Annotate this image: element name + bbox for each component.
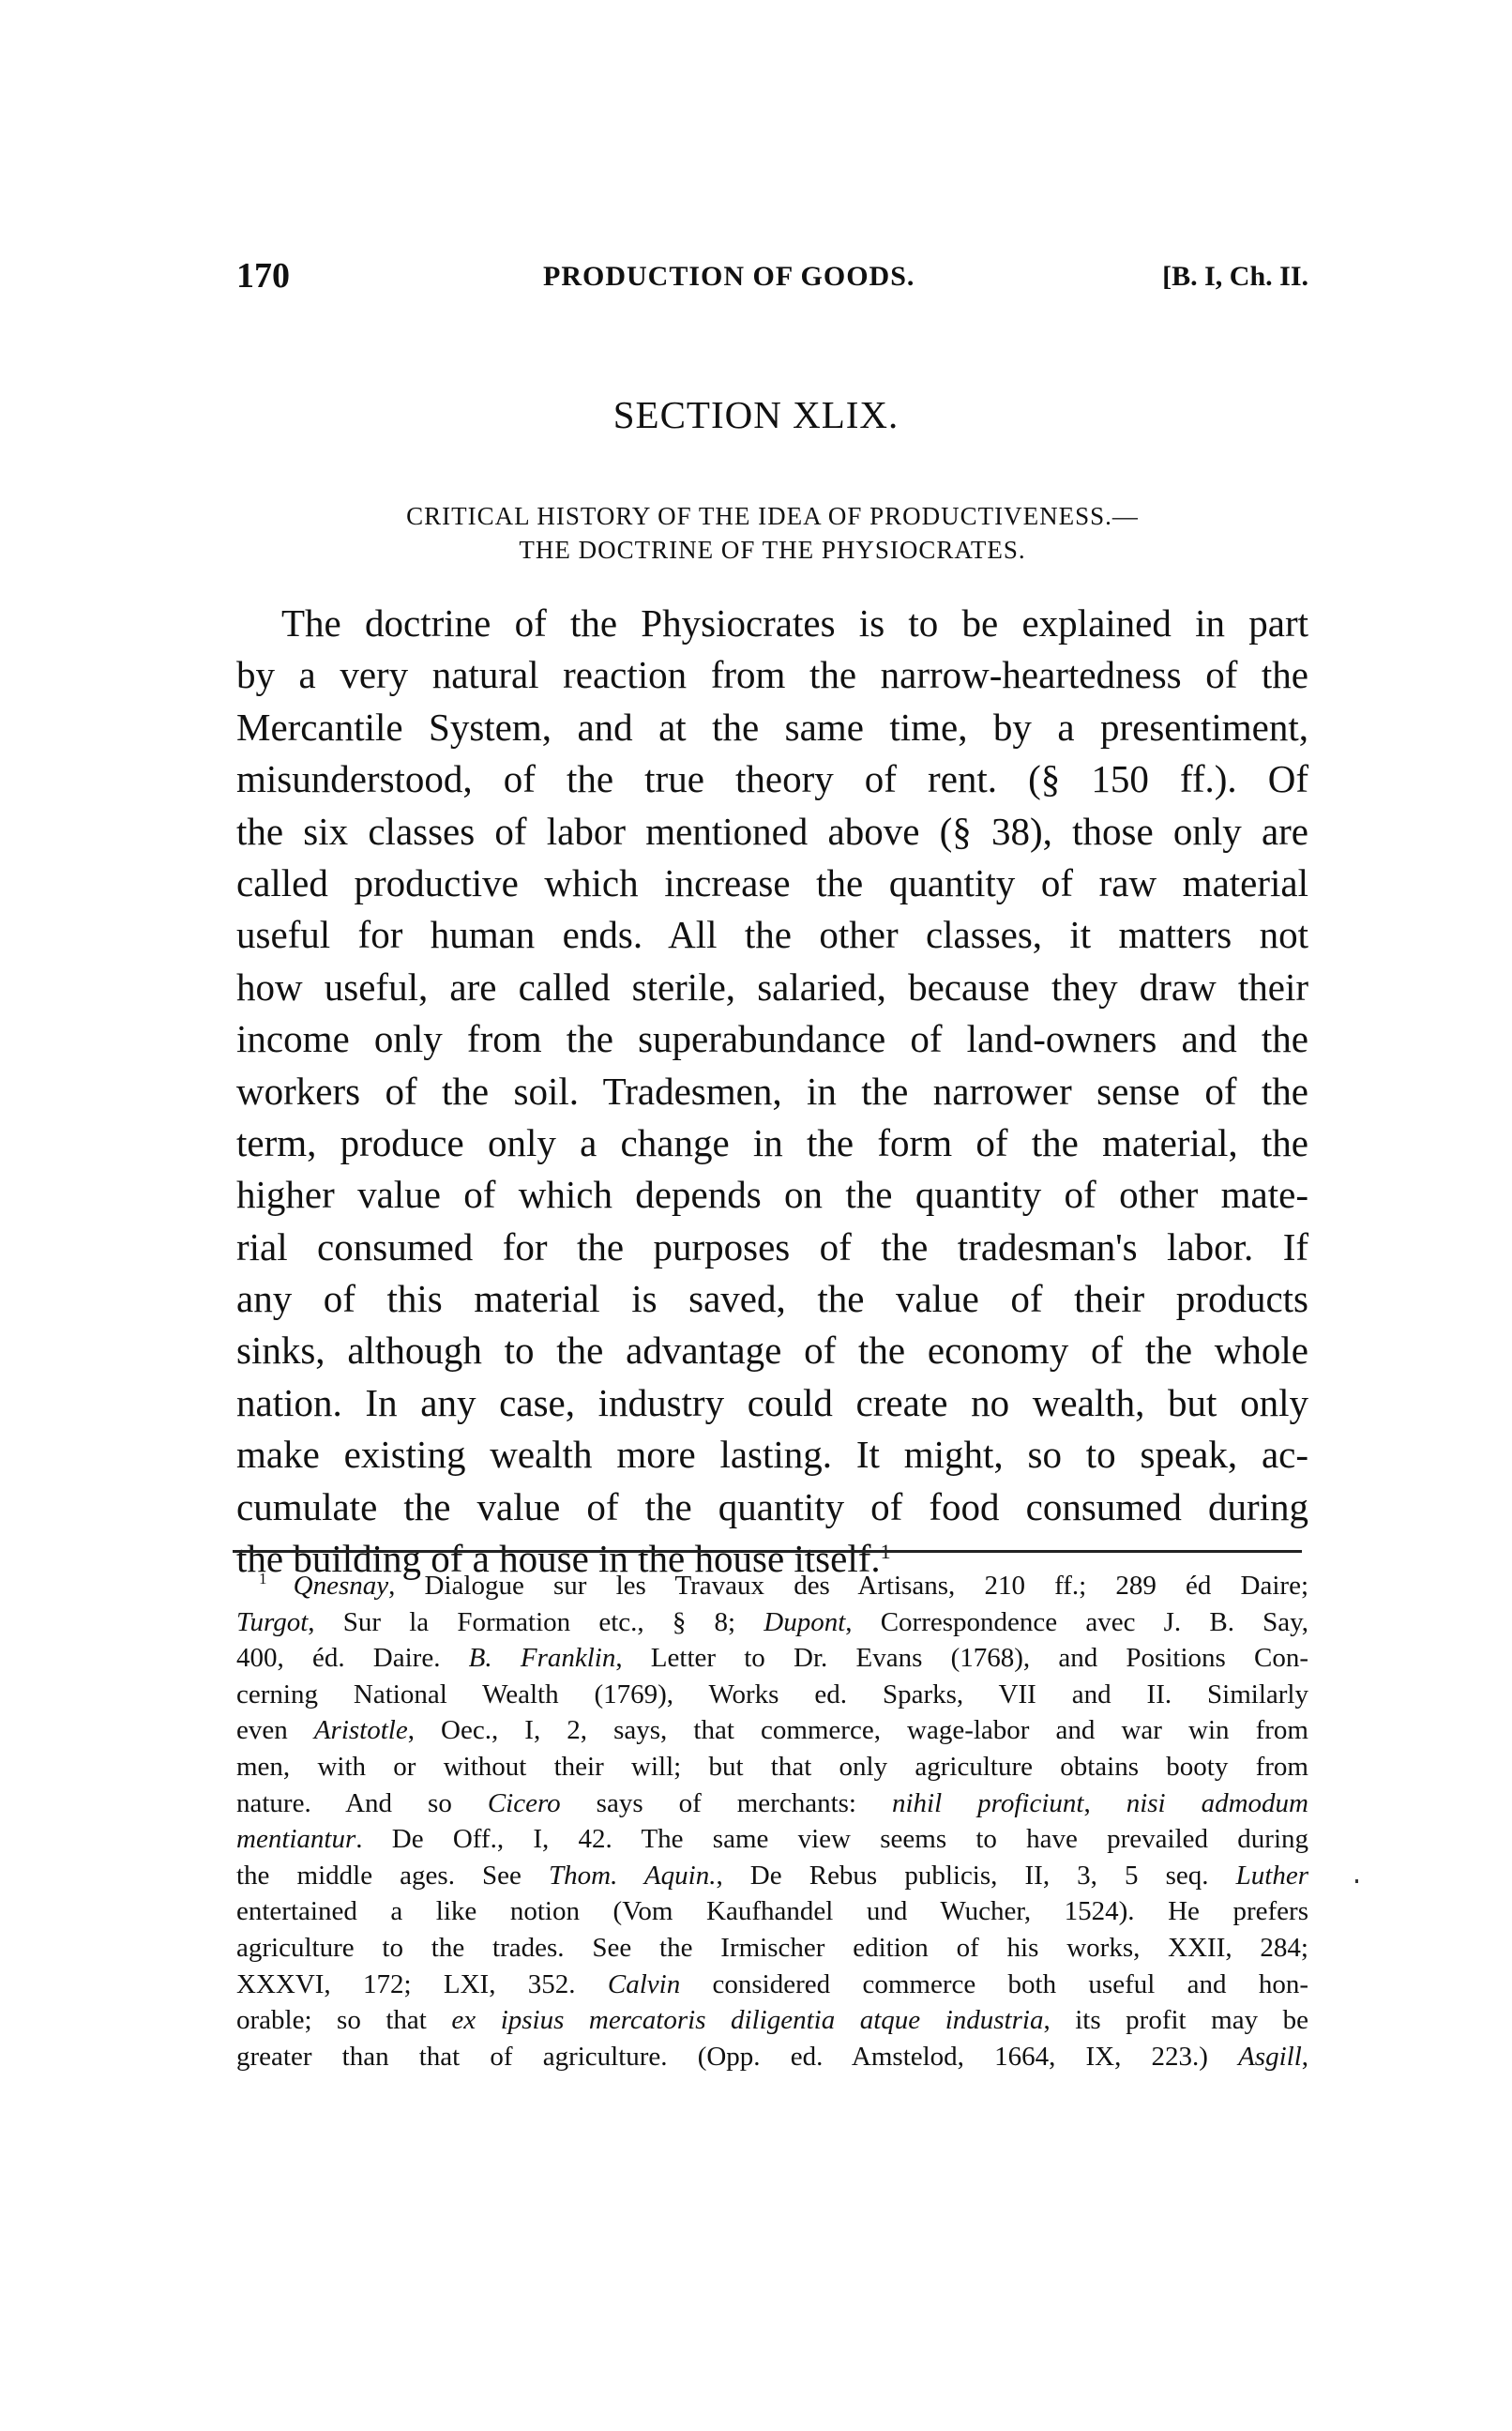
footnote-marker: 1 <box>259 1570 294 1588</box>
body-line-text: called productive which increase the qua… <box>236 858 1308 909</box>
footnote-line: agriculture to the trades. See the Irmis… <box>236 1930 1308 1967</box>
footnote-text: , <box>1083 1788 1126 1818</box>
body-line: higher value of which depends on the qua… <box>236 1169 1308 1221</box>
scan-speck <box>1355 1879 1358 1883</box>
footnote-line: XXXVI, 172; LXI, 352. Calvin considered … <box>236 1967 1308 2003</box>
italic-citation: Cicero <box>488 1788 561 1818</box>
footnote-line-text: 400, éd. Daire. B. Franklin, Letter to D… <box>236 1640 1308 1677</box>
footnote-text: entertained a like notion (Vom Kaufhande… <box>236 1896 1308 1926</box>
footnote-line-text: greater than that of agriculture. (Opp. … <box>236 2039 1308 2075</box>
body-line: any of this material is saved, the value… <box>236 1273 1308 1325</box>
footnote-line: mentiantur. De Off., I, 42. The same vie… <box>236 1821 1308 1858</box>
footnote-line: even Aristotle, Oec., I, 2, says, that c… <box>236 1712 1308 1749</box>
footnote-text: , Letter to Dr. Evans (1768), and Positi… <box>615 1643 1308 1673</box>
footnote-line-text: men, with or without their will; but tha… <box>236 1749 1308 1785</box>
body-line: make existing wealth more lasting. It mi… <box>236 1429 1308 1481</box>
footnote-line: 1 Qnesnay, Dialogue sur les Travaux des … <box>236 1568 1308 1604</box>
body-line: the six classes of labor mentioned above… <box>236 806 1308 858</box>
body-line: how useful, are called sterile, salaried… <box>236 962 1308 1013</box>
footnote-line-text: 1 Qnesnay, Dialogue sur les Travaux des … <box>259 1568 1308 1604</box>
body-line-text: make existing wealth more lasting. It mi… <box>236 1429 1308 1481</box>
footnote-divider <box>233 1550 1302 1553</box>
body-line: workers of the soil. Tradesmen, in the n… <box>236 1066 1308 1117</box>
footnote-text: says of merchants: <box>561 1788 892 1818</box>
subtitle-line: THE DOCTRINE OF THE PHYSIOCRATES. <box>236 533 1308 567</box>
footnote-line: cerning National Wealth (1769), Works ed… <box>236 1677 1308 1713</box>
footnote-text: nature. And so <box>236 1788 488 1818</box>
footnote-text: orable; so that <box>236 2005 451 2035</box>
body-line: sinks, although to the advantage of the … <box>236 1325 1308 1376</box>
footnote-text: , Sur la Formation etc., § 8; <box>308 1607 764 1637</box>
footnote-line: entertained a like notion (Vom Kaufhande… <box>236 1893 1308 1930</box>
body-line-text: The doctrine of the Physiocrates is to b… <box>281 598 1308 649</box>
italic-citation: Aristotle <box>314 1715 408 1745</box>
body-line-text: cumulate the value of the quantity of fo… <box>236 1481 1308 1533</box>
body-line-text: Mercantile System, and at the same time,… <box>236 702 1308 753</box>
footnote: 1 Qnesnay, Dialogue sur les Travaux des … <box>236 1568 1308 2074</box>
subtitle-line: CRITICAL HISTORY OF THE IDEA OF PRODUCTI… <box>236 499 1308 533</box>
chapter-reference: [B. I, Ch. II. <box>1162 261 1308 293</box>
footnote-line: Turgot, Sur la Formation etc., § 8; Dupo… <box>236 1604 1308 1641</box>
italic-citation: Turgot <box>236 1607 308 1637</box>
body-line: cumulate the value of the quantity of fo… <box>236 1481 1308 1533</box>
footnote-text: cerning National Wealth (1769), Works ed… <box>236 1679 1308 1709</box>
body-line-text: higher value of which depends on the qua… <box>236 1169 1308 1221</box>
body-line-text: the six classes of labor mentioned above… <box>236 806 1308 858</box>
footnote-text: greater than that of agriculture. (Opp. … <box>236 2042 1238 2072</box>
body-line: by a very natural reaction from the narr… <box>236 649 1308 701</box>
body-line: income only from the superabundance of l… <box>236 1013 1308 1065</box>
book-page: 170 PRODUCTION OF GOODS. [B. I, Ch. II. … <box>0 0 1512 2431</box>
body-line: useful for human ends. All the other cla… <box>236 909 1308 961</box>
body-line-text: nation. In any case, industry could crea… <box>236 1377 1308 1429</box>
footnote-line-text: mentiantur. De Off., I, 42. The same vie… <box>236 1821 1308 1858</box>
footnote-text: , its profit may be <box>1043 2005 1308 2035</box>
body-line-text: rial consumed for the purposes of the tr… <box>236 1222 1308 1273</box>
body-line-text: any of this material is saved, the value… <box>236 1273 1308 1325</box>
italic-citation: Dupont <box>764 1607 845 1637</box>
footnote-line: the middle ages. See Thom. Aquin., De Re… <box>236 1858 1308 1894</box>
body-line: term, produce only a change in the form … <box>236 1117 1308 1169</box>
body-line-text: by a very natural reaction from the narr… <box>236 649 1308 701</box>
section-subtitle: CRITICAL HISTORY OF THE IDEA OF PRODUCTI… <box>236 499 1308 567</box>
footnote-text: , Dialogue sur les Travaux des Artisans,… <box>388 1571 1308 1601</box>
body-line-text: income only from the superabundance of l… <box>236 1013 1308 1065</box>
body-line-text: workers of the soil. Tradesmen, in the n… <box>236 1066 1308 1117</box>
footnote-text: men, with or without their will; but tha… <box>236 1752 1308 1782</box>
footnote-text: 400, éd. Daire. <box>236 1643 469 1673</box>
footnote-line: greater than that of agriculture. (Opp. … <box>236 2039 1308 2075</box>
body-line-text: how useful, are called sterile, salaried… <box>236 962 1308 1013</box>
footnote-line-text: orable; so that ex ipsius mercatoris dil… <box>236 2002 1308 2039</box>
italic-citation: nisi admodum <box>1126 1788 1308 1818</box>
footnote-text: , Oec., I, 2, says, that commerce, wage-… <box>408 1715 1308 1745</box>
italic-citation: Luther <box>1236 1861 1308 1891</box>
running-head: 170 PRODUCTION OF GOODS. [B. I, Ch. II. <box>236 257 1308 295</box>
footnote-text: agriculture to the trades. See the Irmis… <box>236 1933 1308 1963</box>
footnote-line-text: even Aristotle, Oec., I, 2, says, that c… <box>236 1712 1308 1749</box>
footnote-line-text: agriculture to the trades. See the Irmis… <box>236 1930 1308 1967</box>
body-line-text: misunderstood, of the true theory of ren… <box>236 753 1308 805</box>
body-line: The doctrine of the Physiocrates is to b… <box>236 598 1308 649</box>
italic-citation: Qnesnay <box>294 1571 388 1601</box>
footnote-line-text: nature. And so Cicero says of merchants:… <box>236 1785 1308 1822</box>
body-line: called productive which increase the qua… <box>236 858 1308 909</box>
footnote-line: 400, éd. Daire. B. Franklin, Letter to D… <box>236 1640 1308 1677</box>
italic-citation: Thom. Aquin. <box>549 1861 716 1891</box>
page-number: 170 <box>236 257 290 295</box>
italic-citation: mentiantur <box>236 1824 355 1854</box>
footnote-line-text: cerning National Wealth (1769), Works ed… <box>236 1677 1308 1713</box>
footnote-line: nature. And so Cicero says of merchants:… <box>236 1785 1308 1822</box>
italic-citation: ex ipsius mercatoris diligentia atque in… <box>451 2005 1043 2035</box>
section-title: SECTION XLIX. <box>0 392 1512 437</box>
italic-citation: Asgill <box>1238 2042 1302 2072</box>
footnote-line-text: the middle ages. See Thom. Aquin., De Re… <box>236 1858 1308 1894</box>
footnote-line-text: entertained a like notion (Vom Kaufhande… <box>236 1893 1308 1930</box>
body-line: misunderstood, of the true theory of ren… <box>236 753 1308 805</box>
footnote-line: men, with or without their will; but tha… <box>236 1749 1308 1785</box>
body-paragraph: The doctrine of the Physiocrates is to b… <box>236 598 1308 1585</box>
footnote-text: , Correspondence avec J. B. Say, <box>845 1607 1308 1637</box>
footnote-text: considered commerce both useful and hon- <box>680 1969 1308 1999</box>
body-line-text: term, produce only a change in the form … <box>236 1117 1308 1169</box>
footnote-text: , De Rebus publicis, II, 3, 5 seq. <box>716 1861 1235 1891</box>
body-line-text: useful for human ends. All the other cla… <box>236 909 1308 961</box>
italic-citation: nihil proficiunt <box>892 1788 1083 1818</box>
body-line-text: sinks, although to the advantage of the … <box>236 1325 1308 1376</box>
footnote-text: , <box>1302 2042 1308 2072</box>
running-title: PRODUCTION OF GOODS. <box>543 261 915 293</box>
footnote-line: orable; so that ex ipsius mercatoris dil… <box>236 2002 1308 2039</box>
footnote-text: XXXVI, 172; LXI, 352. <box>236 1969 608 1999</box>
footnote-text: the middle ages. See <box>236 1861 549 1891</box>
body-line: rial consumed for the purposes of the tr… <box>236 1222 1308 1273</box>
italic-citation: Calvin <box>608 1969 680 1999</box>
body-line: Mercantile System, and at the same time,… <box>236 702 1308 753</box>
italic-citation: B. Franklin <box>469 1643 616 1673</box>
footnote-text: . De Off., I, 42. The same view seems to… <box>355 1824 1308 1854</box>
body-line: nation. In any case, industry could crea… <box>236 1377 1308 1429</box>
footnote-text: even <box>236 1715 314 1745</box>
footnote-line-text: Turgot, Sur la Formation etc., § 8; Dupo… <box>236 1604 1308 1641</box>
footnote-line-text: XXXVI, 172; LXI, 352. Calvin considered … <box>236 1967 1308 2003</box>
